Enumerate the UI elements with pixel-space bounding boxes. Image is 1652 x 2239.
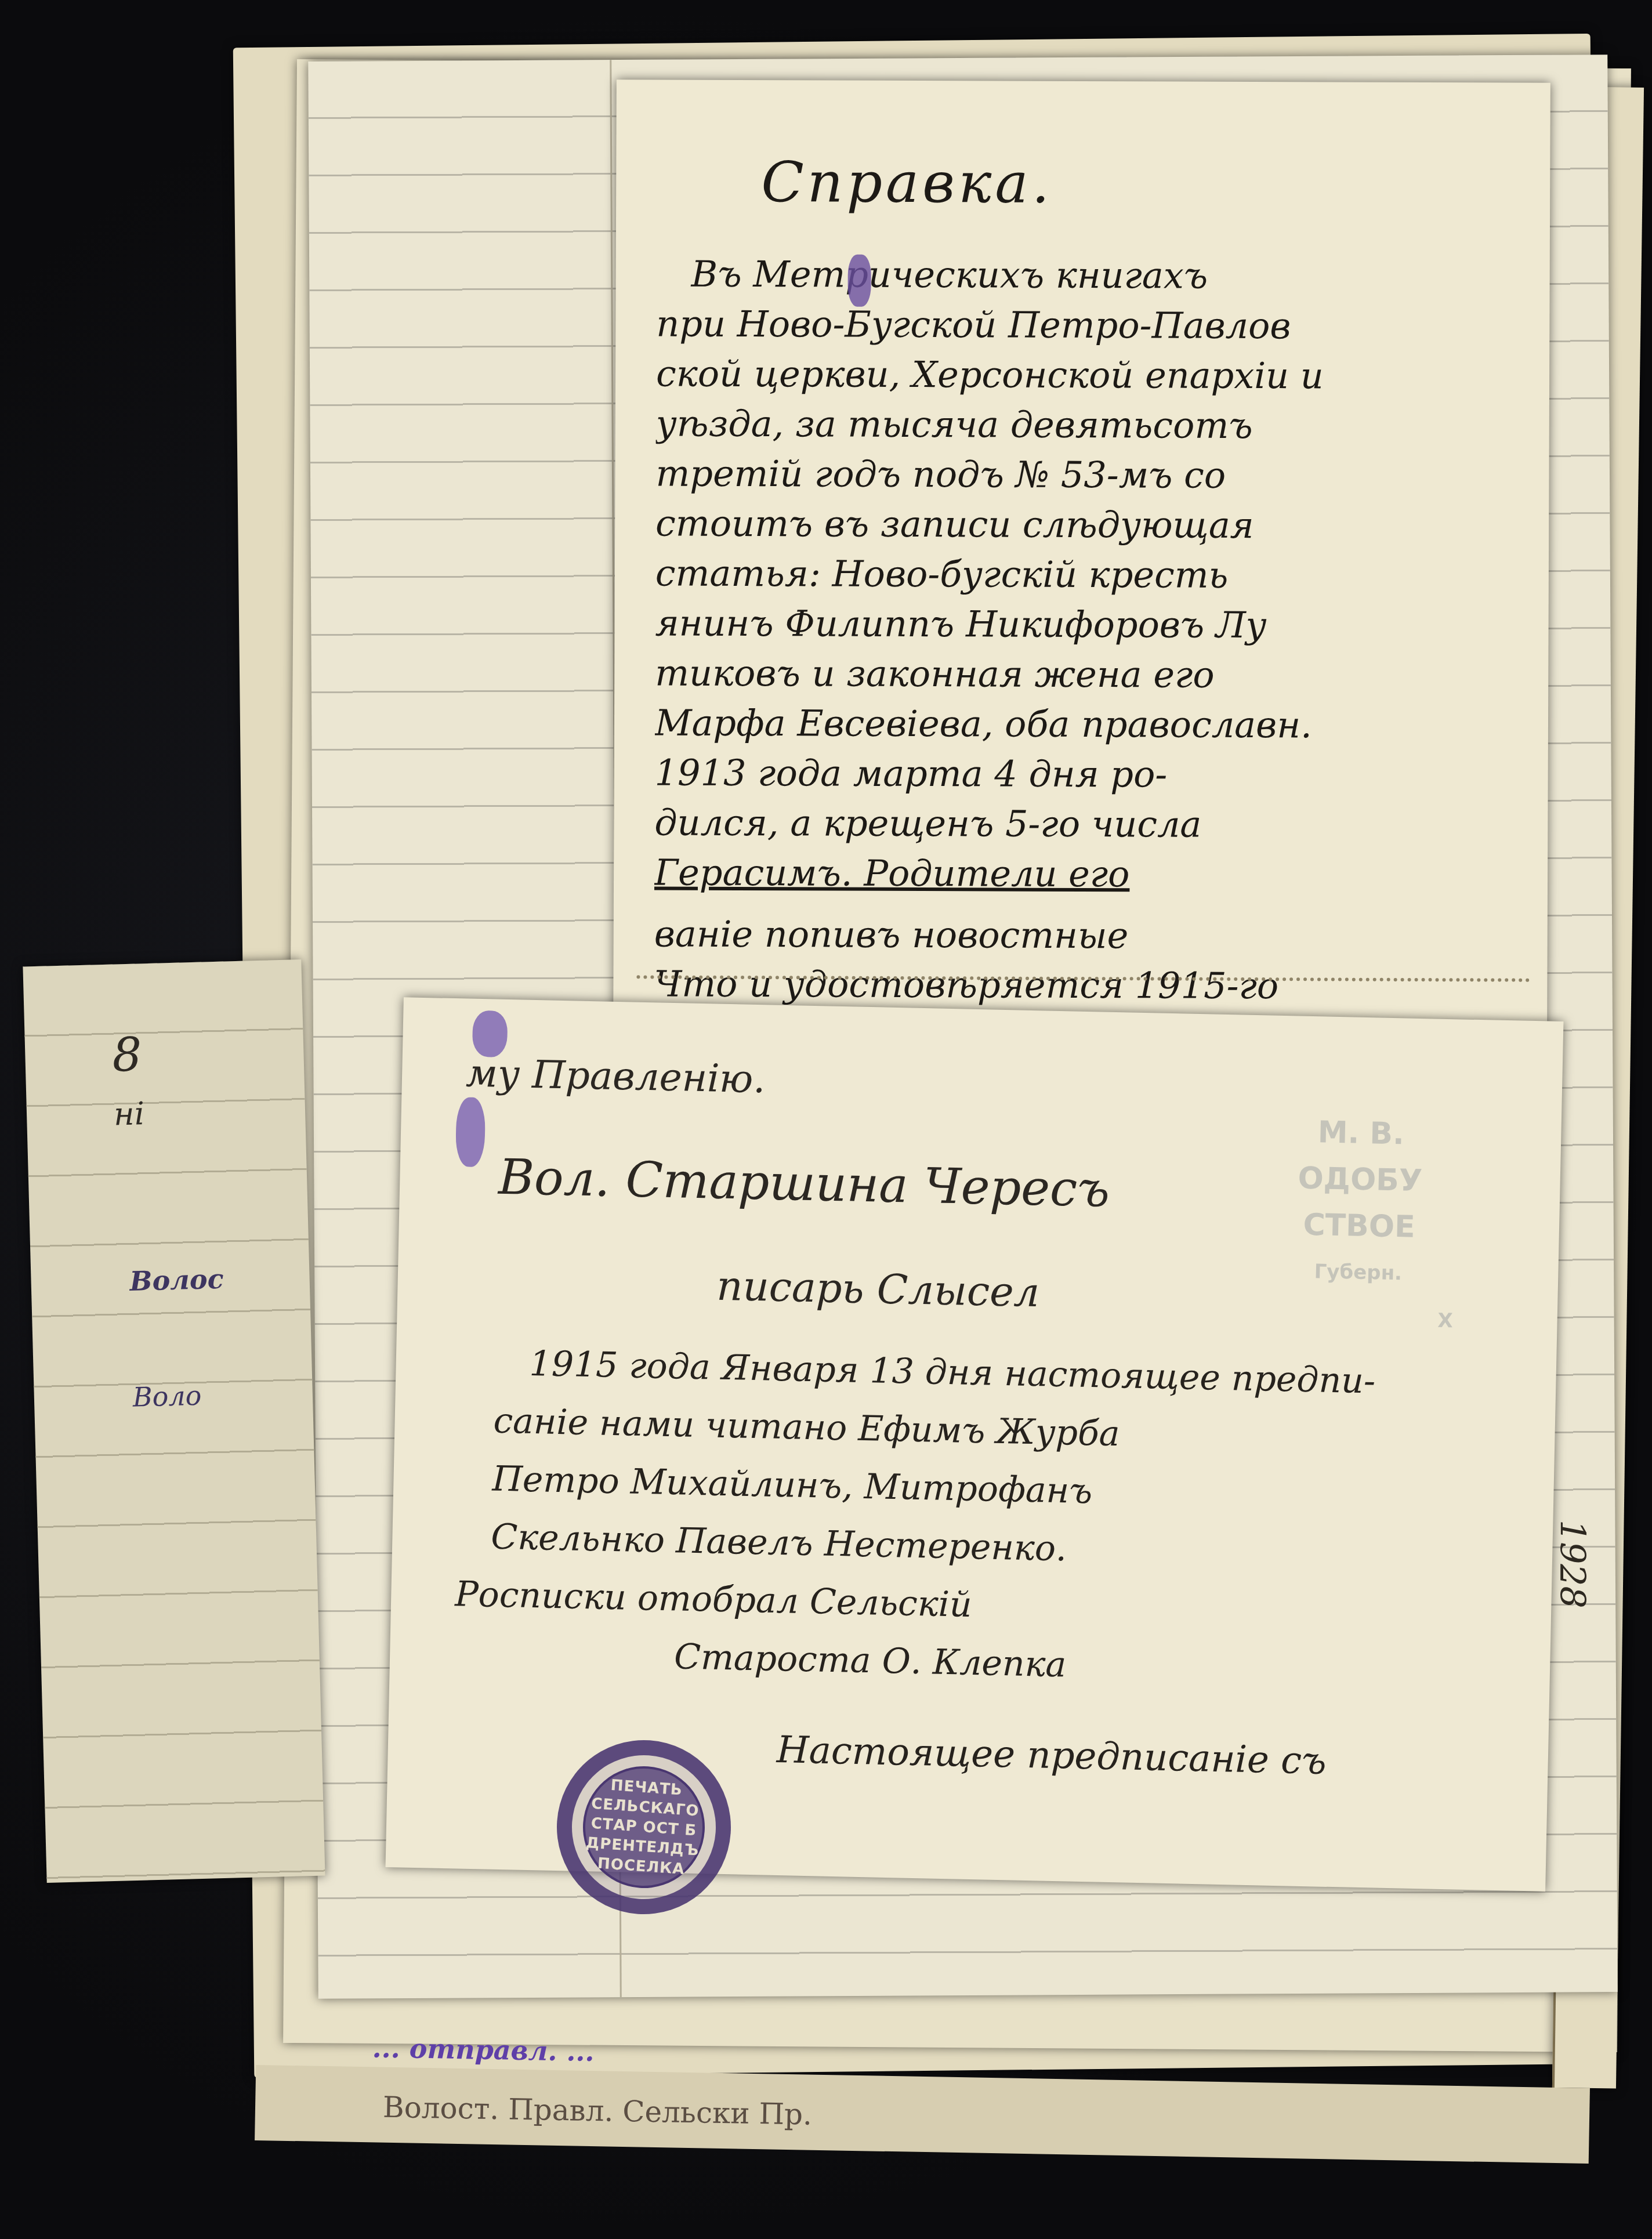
seal-center: ПЕЧАТЬ СЕЛЬСКАГО СТАР ОСТ Б ДРЕНТЕЛДЪ ПО… <box>579 1762 709 1892</box>
child-name-line: Герасимъ. Родители его <box>654 847 1513 900</box>
side-form-script: 8 ні <box>111 1027 145 1136</box>
letter-body: 1915 года Января 13 дня настоящее предпи… <box>453 1333 1516 1703</box>
side-form-label-2: Воло <box>132 1380 202 1413</box>
bleed-through-letterhead: М. В. ОДОБУ СТВОЕ Губерн. X <box>1261 1108 1457 1344</box>
letter-closing-line: Настоящее предписаніе съ <box>776 1729 1508 1787</box>
certificate-title: Справка. <box>761 150 1515 218</box>
certificate-line: уѣзда, за тысяча девятьсотъ <box>656 398 1515 451</box>
violet-stamp-fragment: ... отправл. ... <box>372 2032 595 2067</box>
certificate-line: стоитъ въ записи слѣдующая <box>655 498 1514 551</box>
letter-header: му Правленію. <box>465 1051 1521 1118</box>
certificate-line: третій годъ подъ № 53-мъ со <box>655 448 1514 501</box>
side-printed-form: 8 ні Волос Воло <box>23 959 325 1883</box>
certificate-line: Въ Метрическихъ книгахъ <box>657 249 1515 302</box>
violet-ink-smudge <box>455 1097 486 1167</box>
certificate-line: Марфа Евсевіева, оба православн. <box>655 698 1513 751</box>
certificate-line: статья: Ново-бугскій кресть <box>655 548 1514 601</box>
certificate-line: тиковъ и законная жена его <box>655 648 1513 701</box>
certificate-line: 1913 года марта 4 дня ро- <box>655 748 1513 800</box>
certificate-line: дился, а крещенъ 5-го числа <box>654 798 1513 850</box>
right-margin-note: 1928 <box>1552 1520 1592 1608</box>
side-form-label-1: Волос <box>129 1263 224 1297</box>
volost-letter-sheet: М. В. ОДОБУ СТВОЕ Губерн. X му Правленію… <box>386 997 1564 1892</box>
certificate-line: янинъ Филиппъ Никифоровъ Лу <box>655 598 1513 651</box>
certificate-line: ской церкви, Херсонской епархіи и <box>656 349 1515 401</box>
certificate-line: при Ново-Бугской Петро-Павлов <box>656 299 1515 352</box>
violet-ink-blot <box>848 255 871 307</box>
certificate-body: Въ Метрическихъ книгахъ при Ново-Бугской… <box>654 249 1515 1061</box>
birth-certificate-sheet: Справка. Въ Метрическихъ книгахъ при Нов… <box>613 79 1550 1034</box>
printed-fragment-text: Волост. Правл. Сельски Пр. <box>383 2091 813 2132</box>
certificate-line: ваніе попивъ новостные <box>654 909 1513 962</box>
certificate-line: Что и удостовѣряется 1915-го <box>654 959 1512 1012</box>
violet-ink-smudge <box>472 1010 508 1057</box>
